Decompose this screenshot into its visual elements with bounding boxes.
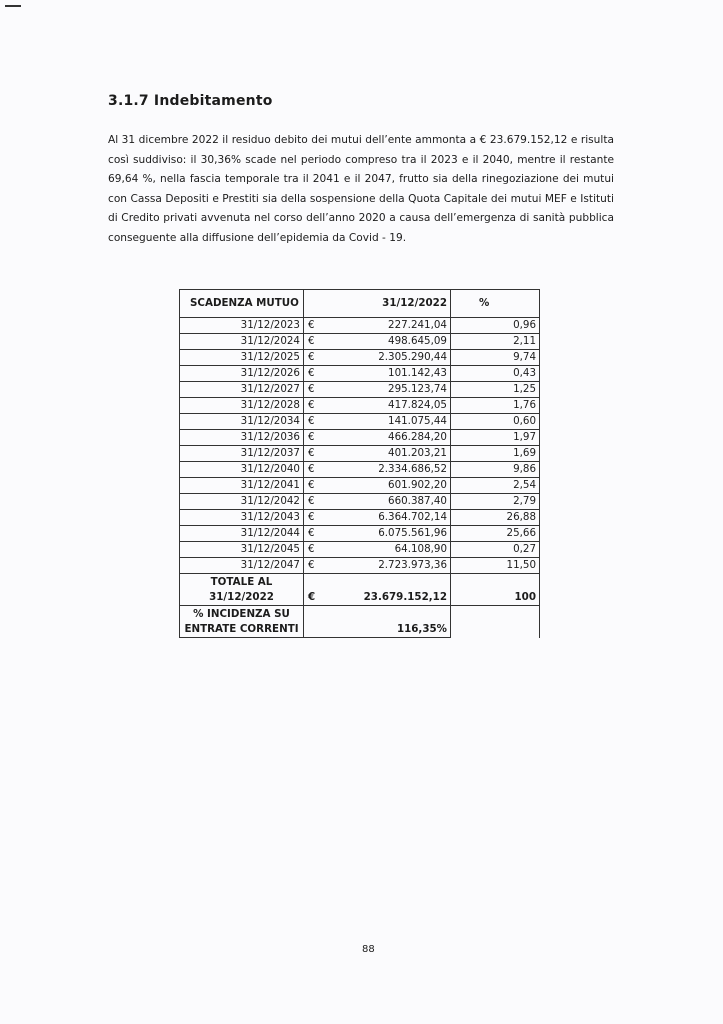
- table-row: 31/12/2023€227.241,040,96: [180, 318, 540, 334]
- page-number: 88: [362, 944, 375, 955]
- amount-value: 2.723.973,36: [378, 559, 447, 571]
- table-row: 31/12/2024€498.645,092,11: [180, 334, 540, 350]
- amount-value: 295.123,74: [388, 383, 447, 395]
- maturity-date: 31/12/2044: [180, 526, 304, 542]
- maturity-date: 31/12/2041: [180, 478, 304, 494]
- total-pct: 100: [451, 574, 540, 606]
- currency-symbol: €: [307, 478, 315, 493]
- maturity-date: 31/12/2043: [180, 510, 304, 526]
- section-title: 3.1.7 Indebitamento: [108, 93, 273, 109]
- currency-symbol: €: [307, 510, 315, 525]
- amount-cell: €660.387,40: [304, 494, 451, 510]
- currency-symbol: €: [307, 430, 315, 445]
- percentage-cell: 11,50: [451, 558, 540, 574]
- maturity-date: 31/12/2040: [180, 462, 304, 478]
- debt-maturity-table: SCADENZA MUTUO 31/12/2022 % 31/12/2023€2…: [179, 289, 540, 638]
- amount-value: 227.241,04: [388, 319, 447, 331]
- amount-cell: €498.645,09: [304, 334, 451, 350]
- amount-value: 141.075,44: [388, 415, 447, 427]
- amount-cell: €227.241,04: [304, 318, 451, 334]
- maturity-date: 31/12/2027: [180, 382, 304, 398]
- amount-value: 101.142,43: [388, 367, 447, 379]
- percentage-cell: 2,79: [451, 494, 540, 510]
- table-row: 31/12/2040€2.334.686,529,86: [180, 462, 540, 478]
- total-row: TOTALE AL31/12/2022€23.679.152,12100: [180, 574, 540, 606]
- maturity-date: 31/12/2023: [180, 318, 304, 334]
- table-row: 31/12/2043€6.364.702,1426,88: [180, 510, 540, 526]
- incidence-empty: [451, 606, 540, 638]
- maturity-date: 31/12/2028: [180, 398, 304, 414]
- percentage-cell: 9,86: [451, 462, 540, 478]
- amount-cell: €401.203,21: [304, 446, 451, 462]
- percentage-cell: 1,25: [451, 382, 540, 398]
- incidence-row: % INCIDENZA SUENTRATE CORRENTI116,35%: [180, 606, 540, 638]
- maturity-date: 31/12/2037: [180, 446, 304, 462]
- currency-symbol: €: [307, 558, 315, 573]
- table-header-row: SCADENZA MUTUO 31/12/2022 %: [180, 290, 540, 318]
- currency-symbol: €: [307, 318, 315, 333]
- table-row: 31/12/2026€101.142,430,43: [180, 366, 540, 382]
- amount-cell: €6.364.702,14: [304, 510, 451, 526]
- amount-cell: €417.824,05: [304, 398, 451, 414]
- amount-cell: €64.108,90: [304, 542, 451, 558]
- currency-symbol: €: [307, 446, 315, 461]
- percentage-cell: 0,96: [451, 318, 540, 334]
- amount-value: 601.902,20: [388, 479, 447, 491]
- table-row: 31/12/2042€660.387,402,79: [180, 494, 540, 510]
- currency-symbol: €: [307, 350, 315, 365]
- percentage-cell: 1,69: [451, 446, 540, 462]
- amount-value: 417.824,05: [388, 399, 447, 411]
- table-row: 31/12/2041€601.902,202,54: [180, 478, 540, 494]
- header-date: 31/12/2022: [304, 290, 451, 318]
- table-row: 31/12/2036€466.284,201,97: [180, 430, 540, 446]
- currency-symbol: €: [307, 542, 315, 557]
- table-row: 31/12/2028€417.824,051,76: [180, 398, 540, 414]
- table-row: 31/12/2025€2.305.290,449,74: [180, 350, 540, 366]
- scan-mark: [5, 5, 21, 7]
- currency-symbol: €: [307, 398, 315, 413]
- amount-value: 6.364.702,14: [378, 511, 447, 523]
- section-paragraph: Al 31 dicembre 2022 il residuo debito de…: [108, 131, 614, 249]
- amount-value: 498.645,09: [388, 335, 447, 347]
- amount-value: 466.284,20: [388, 431, 447, 443]
- header-pct: %: [451, 290, 540, 318]
- currency-symbol: €: [307, 334, 315, 349]
- table-row: 31/12/2037€401.203,211,69: [180, 446, 540, 462]
- currency-symbol: €: [307, 462, 315, 477]
- table-row: 31/12/2047€2.723.973,3611,50: [180, 558, 540, 574]
- percentage-cell: 9,74: [451, 350, 540, 366]
- percentage-cell: 26,88: [451, 510, 540, 526]
- amount-value: 2.305.290,44: [378, 351, 447, 363]
- maturity-date: 31/12/2025: [180, 350, 304, 366]
- amount-cell: €2.723.973,36: [304, 558, 451, 574]
- table-row: 31/12/2045€64.108,900,27: [180, 542, 540, 558]
- percentage-cell: 0,43: [451, 366, 540, 382]
- total-amount: 23.679.152,12: [364, 591, 447, 603]
- percentage-cell: 2,11: [451, 334, 540, 350]
- amount-value: 2.334.686,52: [378, 463, 447, 475]
- maturity-date: 31/12/2045: [180, 542, 304, 558]
- amount-value: 64.108,90: [395, 543, 447, 555]
- percentage-cell: 2,54: [451, 478, 540, 494]
- amount-value: 6.075.561,96: [378, 527, 447, 539]
- percentage-cell: 1,97: [451, 430, 540, 446]
- amount-cell: €601.902,20: [304, 478, 451, 494]
- amount-cell: €141.075,44: [304, 414, 451, 430]
- maturity-date: 31/12/2024: [180, 334, 304, 350]
- maturity-date: 31/12/2034: [180, 414, 304, 430]
- maturity-date: 31/12/2042: [180, 494, 304, 510]
- total-label: TOTALE AL31/12/2022: [180, 574, 304, 606]
- header-scadenza: SCADENZA MUTUO: [180, 290, 304, 318]
- amount-cell: €295.123,74: [304, 382, 451, 398]
- table-row: 31/12/2027€295.123,741,25: [180, 382, 540, 398]
- maturity-date: 31/12/2047: [180, 558, 304, 574]
- currency-symbol: €: [307, 414, 315, 429]
- percentage-cell: 0,60: [451, 414, 540, 430]
- amount-cell: €101.142,43: [304, 366, 451, 382]
- table-row: 31/12/2044€6.075.561,9625,66: [180, 526, 540, 542]
- percentage-cell: 0,27: [451, 542, 540, 558]
- total-amount-cell: €23.679.152,12: [304, 574, 451, 606]
- amount-value: 401.203,21: [388, 447, 447, 459]
- amount-value: 660.387,40: [388, 495, 447, 507]
- amount-cell: €2.305.290,44: [304, 350, 451, 366]
- percentage-cell: 25,66: [451, 526, 540, 542]
- incidence-label: % INCIDENZA SUENTRATE CORRENTI: [180, 606, 304, 638]
- percentage-cell: 1,76: [451, 398, 540, 414]
- amount-cell: €6.075.561,96: [304, 526, 451, 542]
- currency-symbol: €: [307, 382, 315, 397]
- table-row: 31/12/2034€141.075,440,60: [180, 414, 540, 430]
- currency-symbol: €: [307, 494, 315, 509]
- maturity-date: 31/12/2026: [180, 366, 304, 382]
- maturity-date: 31/12/2036: [180, 430, 304, 446]
- amount-cell: €2.334.686,52: [304, 462, 451, 478]
- currency-symbol: €: [307, 366, 315, 381]
- incidence-value: 116,35%: [304, 606, 451, 638]
- amount-cell: €466.284,20: [304, 430, 451, 446]
- currency-symbol: €: [307, 526, 315, 541]
